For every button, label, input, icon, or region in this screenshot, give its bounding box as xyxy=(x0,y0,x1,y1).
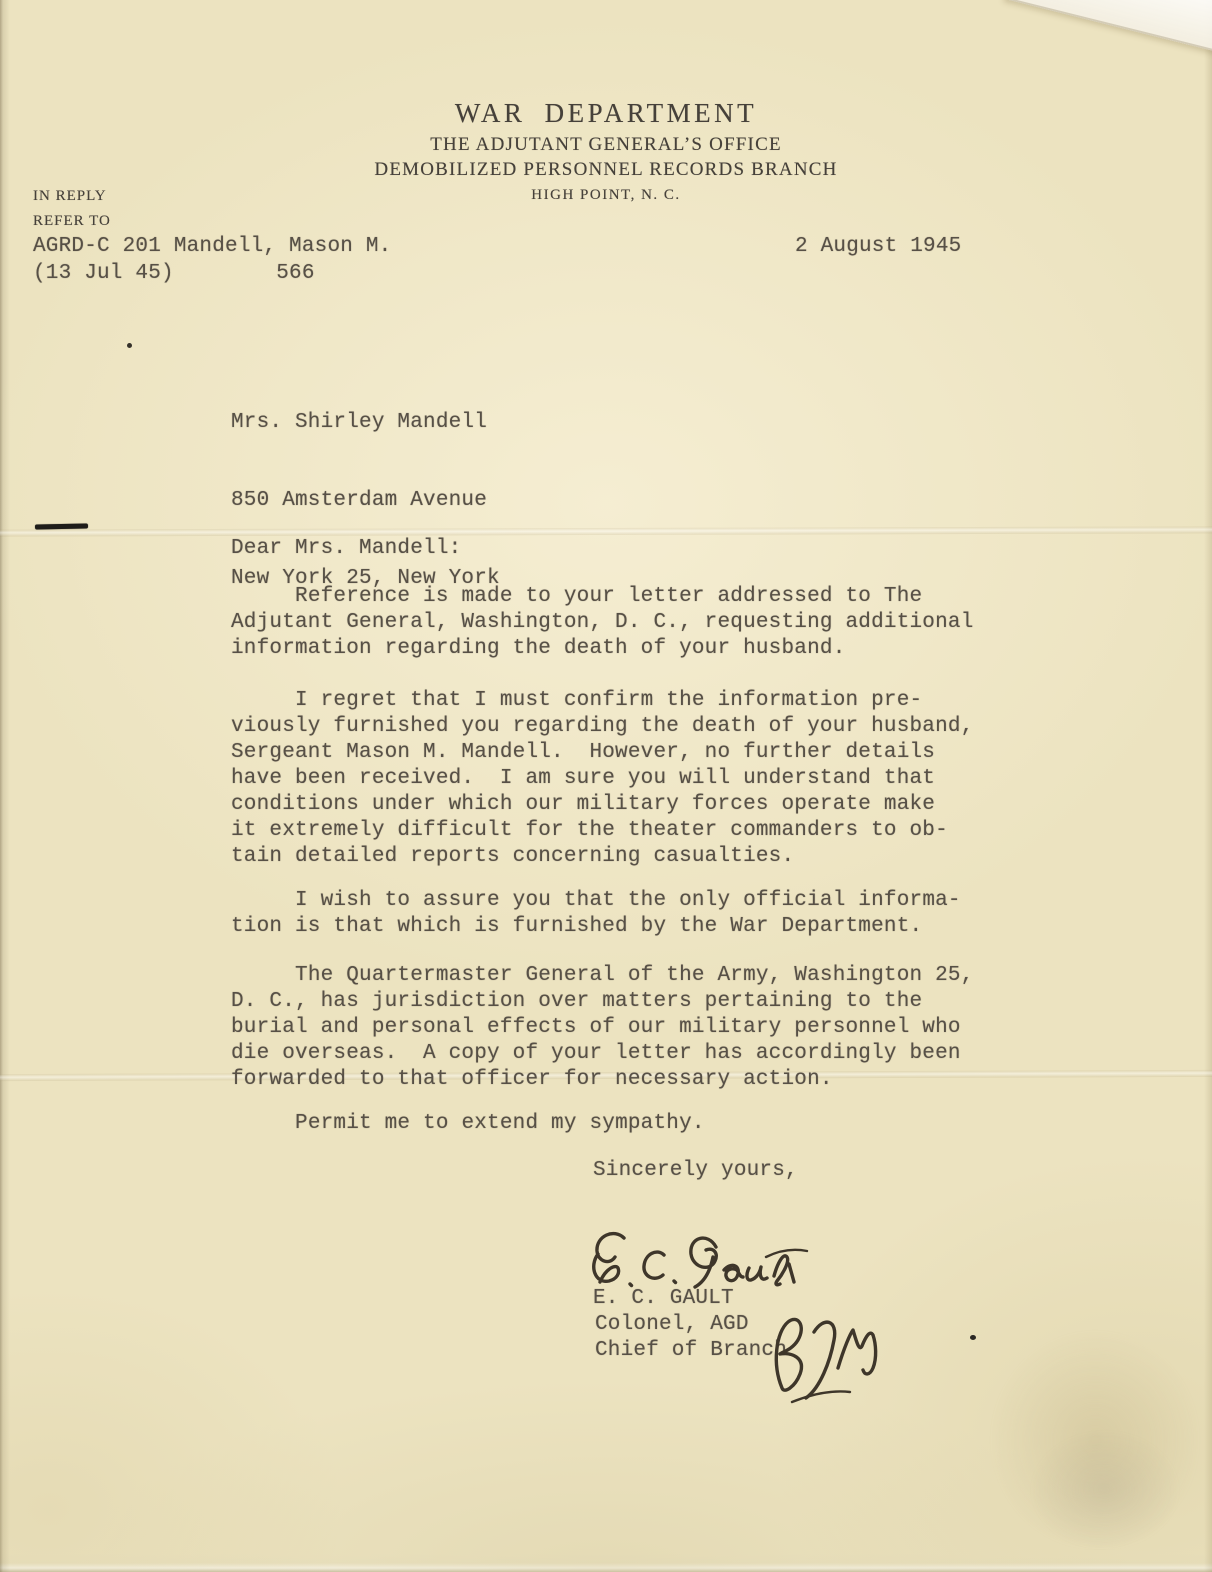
letterhead-office: THE ADJUTANT GENERAL’S OFFICE xyxy=(0,134,1212,156)
letterhead-branch: DEMOBILIZED PERSONNEL RECORDS BRANCH xyxy=(0,159,1212,181)
letterhead-org: WAR DEPARTMENT xyxy=(0,98,1212,129)
reference-number-line1: AGRD-C 201 Mandell, Mason M. xyxy=(33,234,391,260)
ink-dot-lower xyxy=(970,1335,976,1340)
stain-bottom-right-2 xyxy=(1030,1430,1180,1550)
signer-typed-name: E. C. GAULT xyxy=(593,1286,734,1312)
letterhead: WAR DEPARTMENT THE ADJUTANT GENERAL’S OF… xyxy=(0,98,1212,204)
folded-corner-top-right xyxy=(1004,0,1212,59)
recipient-name: Mrs. Shirley Mandell xyxy=(231,410,500,436)
ink-dot-upper xyxy=(127,343,132,348)
paragraph-2: I regret that I must confirm the informa… xyxy=(231,688,1011,870)
date-line: 2 August 1945 xyxy=(795,234,961,260)
paragraph-3: I wish to assure you that the only offic… xyxy=(231,888,1011,940)
paragraph-1: Reference is made to your letter address… xyxy=(231,584,1011,662)
recipient-street: 850 Amsterdam Avenue xyxy=(231,488,500,514)
reply-reference-label: IN REPLY REFER TO xyxy=(33,184,111,234)
reply-reference-label-line2: REFER TO xyxy=(33,209,111,234)
letterhead-location: HIGH POINT, N. C. xyxy=(0,187,1212,204)
closing-phrase: Sincerely yours, xyxy=(593,1158,798,1184)
reply-reference-label-line1: IN REPLY xyxy=(33,184,111,209)
letter-document: WAR DEPARTMENT THE ADJUTANT GENERAL’S OF… xyxy=(0,0,1212,1572)
paragraph-4: The Quartermaster General of the Army, W… xyxy=(231,963,1011,1093)
reference-number-line2: (13 Jul 45) 566 xyxy=(33,261,315,287)
signer-rank: Colonel, AGD xyxy=(595,1312,749,1338)
paper-fold-crease-upper xyxy=(0,526,1212,536)
signer-title: Chief of Branch xyxy=(595,1338,787,1364)
paragraph-5: Permit me to extend my sympathy. xyxy=(231,1111,1011,1137)
salutation: Dear Mrs. Mandell: xyxy=(231,536,461,562)
initials-handwritten-bjm xyxy=(762,1302,882,1407)
